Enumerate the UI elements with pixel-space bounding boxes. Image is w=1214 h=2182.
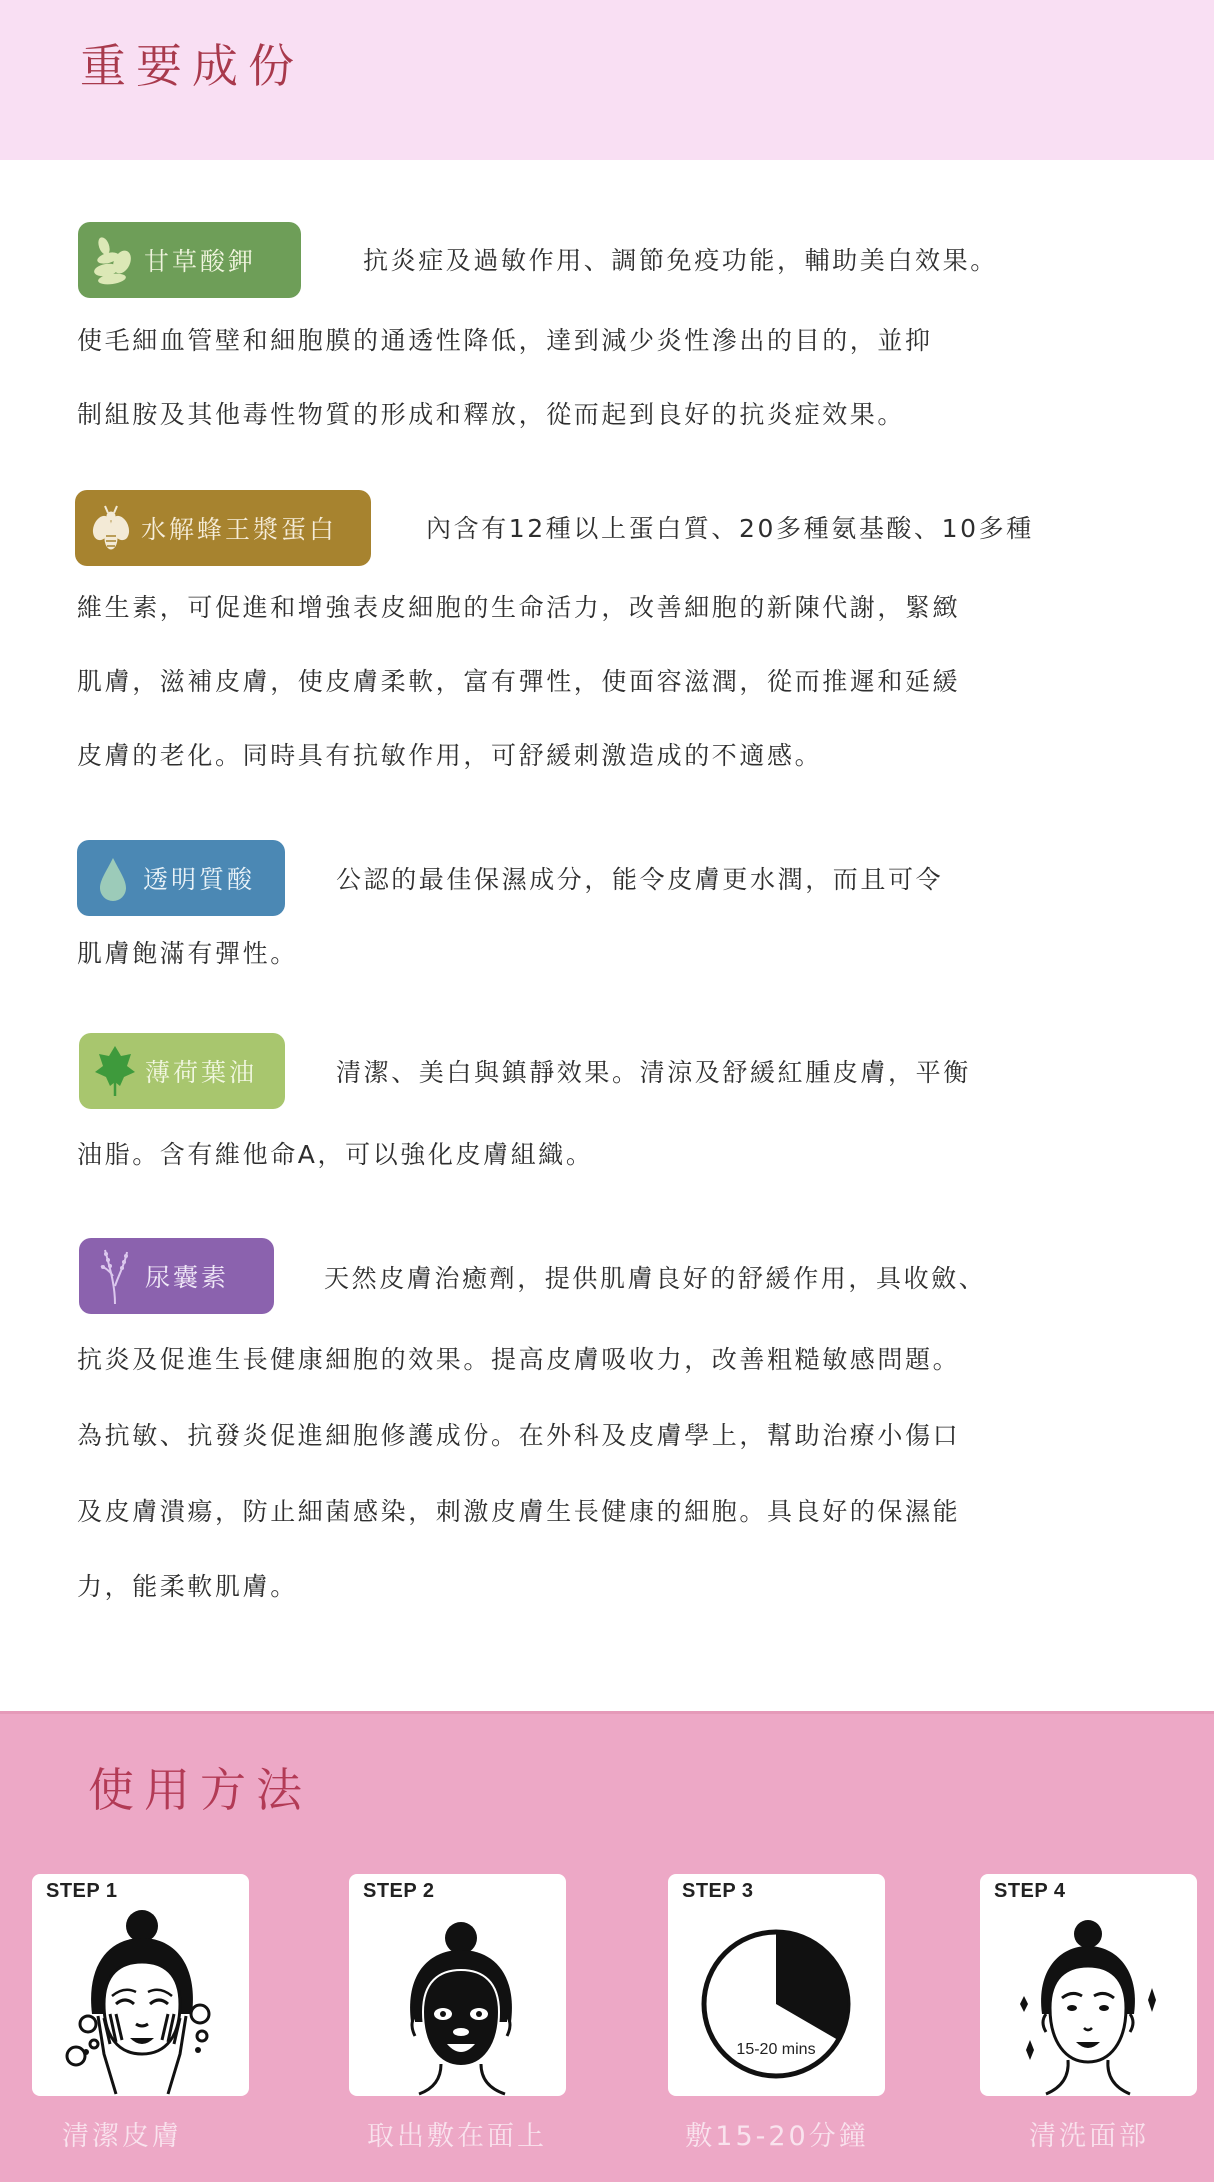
lavender-icon [93, 1250, 137, 1302]
step-card-1: STEP 1 [32, 1874, 249, 2096]
ingredient-description-line: 公認的最佳保濕成分，能令皮膚更水潤，而且可令 [336, 864, 943, 896]
ingredient-description-line: 天然皮膚治癒劑，提供肌膚良好的舒緩作用，具收斂、 [324, 1263, 986, 1295]
step-card-4: STEP 4 [980, 1874, 1197, 2096]
ingredient-description-line: 抗炎症及過敏作用、調節免疫功能，輔助美白效果。 [363, 245, 998, 277]
usage-title: 使用方法 [88, 1754, 312, 1820]
ingredient-badge-allantoin: 尿囊素 [79, 1238, 274, 1314]
step-label: STEP 3 [682, 1880, 754, 1903]
ingredient-name: 尿囊素 [145, 1258, 229, 1294]
ingredient-name: 透明質酸 [143, 860, 255, 896]
ingredient-description-line: 清潔、美白與鎮靜效果。清涼及舒緩紅腫皮膚，平衡 [336, 1057, 971, 1089]
step-card-2: STEP 2 [349, 1874, 566, 2096]
ingredient-badge-licorice: 甘草酸鉀 [78, 222, 301, 298]
ingredient-description-line: 維生素，可促進和增強表皮細胞的生命活力，改善細胞的新陳代謝，緊緻 [77, 592, 960, 624]
ingredient-description-line: 使毛細血管壁和細胞膜的通透性降低，達到減少炎性滲出的目的，並抑 [77, 325, 933, 357]
ingredient-badge-peppermint-oil: 薄荷葉油 [79, 1033, 285, 1109]
ingredient-description-line: 肌膚飽滿有彈性。 [77, 938, 298, 970]
ingredient-description-line: 油脂。含有維他命A，可以強化皮膚組織。 [77, 1139, 594, 1171]
ingredient-description-line: 力，能柔軟肌膚。 [77, 1571, 298, 1603]
ingredients-title: 重要成份 [80, 30, 304, 96]
ingredient-name: 甘草酸鉀 [144, 242, 256, 278]
clean-face-icon [980, 1904, 1197, 2096]
ingredient-description-line: 皮膚的老化。同時具有抗敏作用，可舒緩刺激造成的不適感。 [77, 740, 822, 772]
step-caption: 清洗面部 [949, 2114, 1214, 2153]
mint-leaf-icon [93, 1045, 137, 1097]
step-label: STEP 2 [363, 1880, 435, 1903]
usage-section: 使用方法 STEP 1 清潔皮膚 STEP 2 [0, 1711, 1214, 2182]
step-caption: 取出敷在面上 [317, 2114, 597, 2153]
bee-icon [89, 502, 133, 554]
step-caption: 敷15-20分鐘 [637, 2114, 917, 2153]
step-caption: 清潔皮膚 [0, 2114, 262, 2153]
water-drop-icon [91, 852, 135, 904]
timer-icon: 15-20 mins [668, 1904, 885, 2096]
ingredient-description-line: 及皮膚潰瘍，防止細菌感染，刺激皮膚生長健康的細胞。具良好的保濕能 [77, 1496, 960, 1528]
ingredients-header: 重要成份 [0, 0, 1214, 160]
face-mask-icon [349, 1904, 566, 2096]
ingredient-description-line: 為抗敏、抗發炎促進細胞修護成份。在外科及皮膚學上，幫助治療小傷口 [77, 1420, 960, 1452]
ingredient-name: 水解蜂王漿蛋白 [141, 510, 337, 546]
ingredient-description-line: 制組胺及其他毒性物質的形成和釋放，從而起到良好的抗炎症效果。 [77, 399, 905, 431]
ingredient-name: 薄荷葉油 [145, 1053, 257, 1089]
step-label: STEP 1 [46, 1880, 118, 1903]
step-label: STEP 4 [994, 1880, 1066, 1903]
ingredient-description-line: 內含有12種以上蛋白質、20多種氨基酸、10多種 [426, 513, 1034, 545]
ingredient-badge-royal-jelly: 水解蜂王漿蛋白 [75, 490, 371, 566]
ingredient-description-line: 抗炎及促進生長健康細胞的效果。提高皮膚吸收力，改善粗糙敏感問題。 [77, 1344, 960, 1376]
ingredient-badge-hyaluronic-acid: 透明質酸 [77, 840, 285, 916]
step-card-3: STEP 3 15-20 mins [668, 1874, 885, 2096]
timer-text: 15-20 mins [736, 2041, 815, 2058]
leaf-sprig-icon [92, 234, 136, 286]
ingredient-description-line: 肌膚，滋補皮膚，使皮膚柔軟，富有彈性，使面容滋潤，從而推遲和延緩 [77, 666, 960, 698]
face-washing-icon [32, 1904, 249, 2096]
